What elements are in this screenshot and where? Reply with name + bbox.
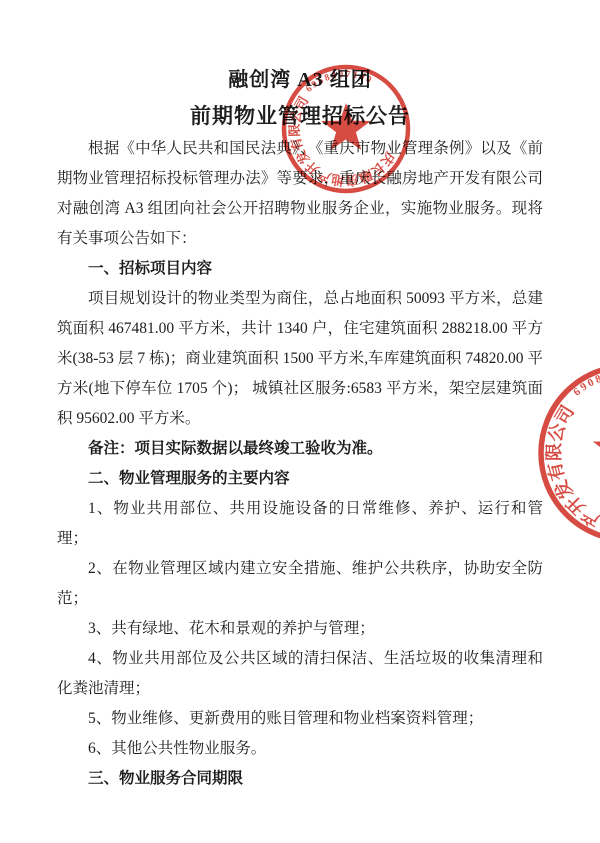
section-1-paragraph: 项目规划设计的物业类型为商住，总占地面积 50093 平方米，总建筑面积 467… (57, 284, 543, 434)
list-item-4: 4、物业共用部位及公共区域的清扫保洁、生活垃圾的收集清理和化粪池清理； (57, 644, 543, 704)
seal-serial-number: 6908 (570, 370, 600, 399)
list-item-2: 2、在物业管理区域内建立安全措施、维护公共秩序，协助安全防范； (57, 554, 543, 614)
announcement-document: 融创湾 A3 组团 前期物业管理招标公告 根据《中华人民共和国民法典》、《重庆市… (0, 0, 600, 843)
section-1-heading: 一、招标项目内容 (57, 254, 543, 284)
section-2-heading: 二、物业管理服务的主要内容 (57, 464, 543, 494)
list-item-3: 3、共有绿地、花木和景观的养护与管理； (57, 614, 543, 644)
document-body: 融创湾 A3 组团 前期物业管理招标公告 根据《中华人民共和国民法典》、《重庆市… (57, 0, 543, 794)
star-icon (593, 416, 600, 483)
intro-paragraph: 根据《中华人民共和国民法典》、《重庆市物业管理条例》以及《前期物业管理招标投标管… (57, 134, 543, 254)
document-title-line1: 融创湾 A3 组团 (57, 62, 543, 98)
list-item-6: 6、其他公共性物业服务。 (57, 734, 543, 764)
section-1-note: 备注：项目实际数据以最终竣工验收为准。 (57, 434, 543, 464)
list-item-5: 5、物业维修、更新费用的账目管理和物业档案资料管理； (57, 704, 543, 734)
list-item-1: 1、物业共用部位、共用设施设备的日常维修、养护、运行和管理； (57, 494, 543, 554)
section-3-heading: 三、物业服务合同期限 (57, 764, 543, 794)
seal-ring (541, 366, 600, 540)
document-title-line2: 前期物业管理招标公告 (57, 98, 543, 134)
